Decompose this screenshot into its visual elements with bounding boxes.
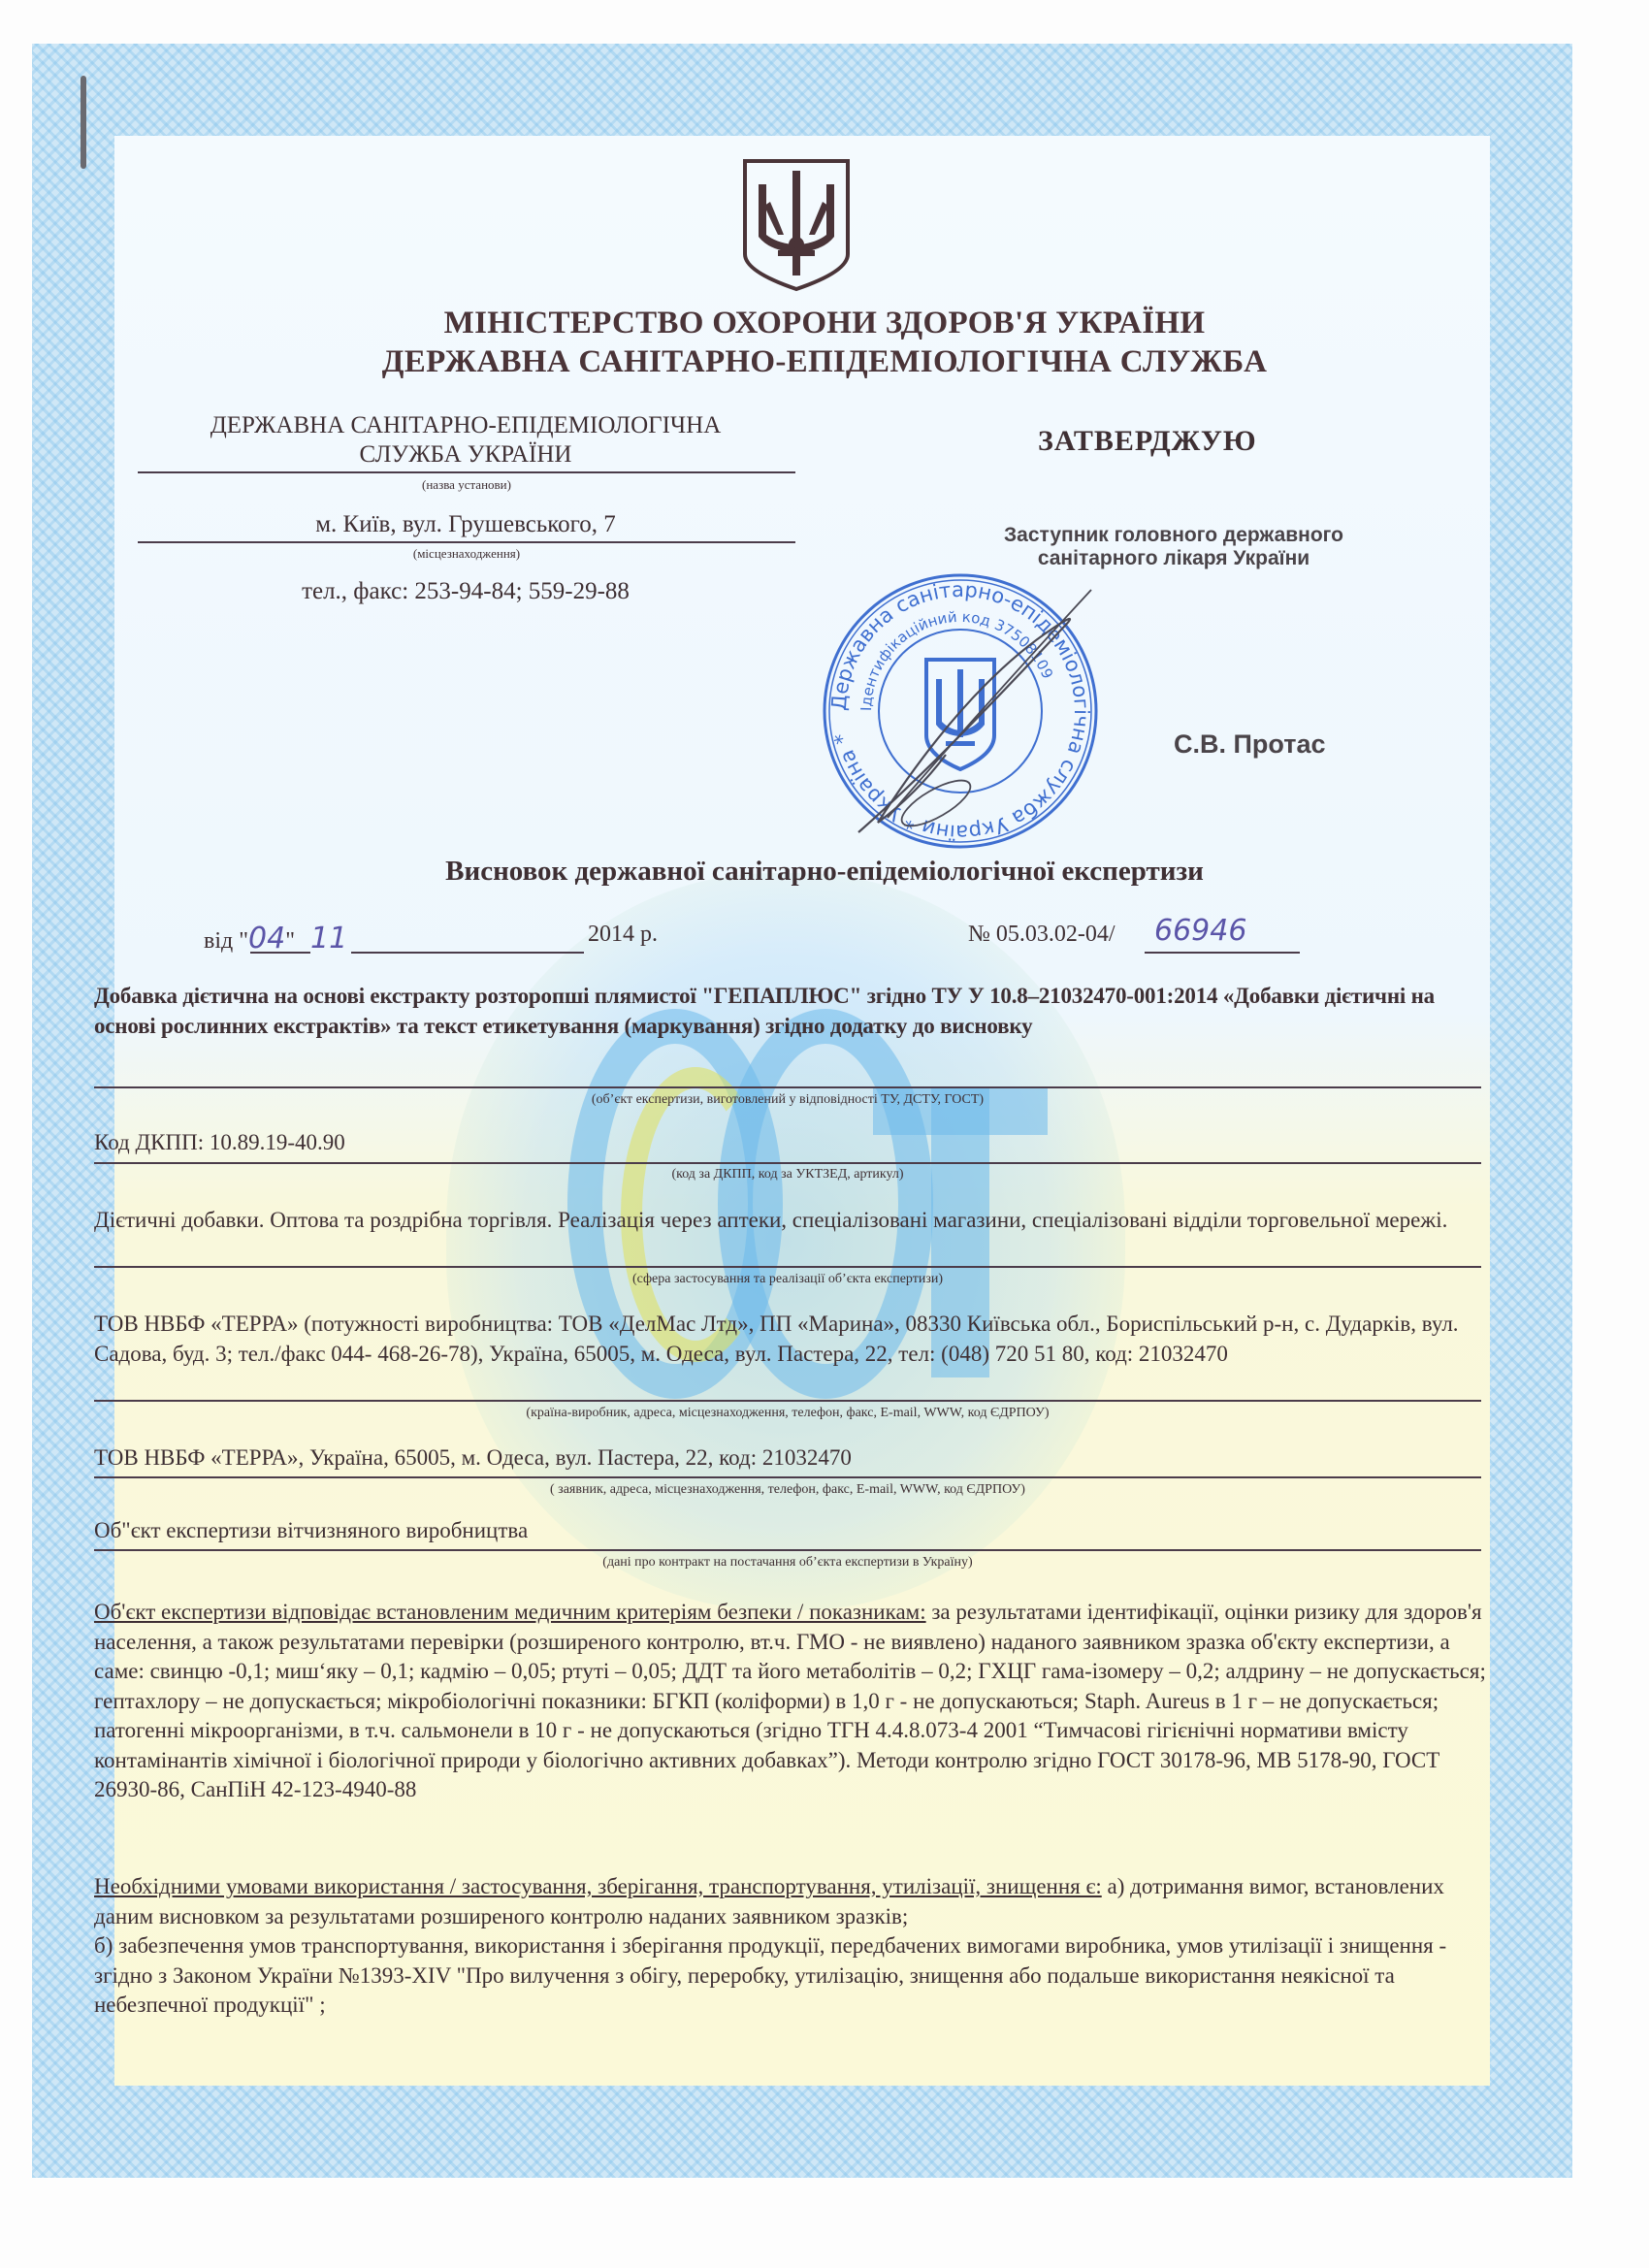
product-code: Код ДКПП: 10.89.19-40.90 <box>94 1128 1491 1158</box>
application-scope-caption: (сфера застосування та реалізації об’єкт… <box>94 1272 1481 1287</box>
date-prefix: від " <box>204 928 248 954</box>
institution-address-caption: (місцезнаходження) <box>138 546 795 562</box>
number-underline <box>1145 952 1300 954</box>
divider <box>94 1400 1481 1402</box>
divider <box>138 541 795 543</box>
approver-position: Заступник головного державного санітарно… <box>980 524 1368 570</box>
ministry-title: МІНІСТЕРСТВО ОХОРОНИ ЗДОРОВ'Я УКРАЇНИ <box>0 306 1649 341</box>
divider <box>94 1476 1481 1478</box>
official-stamp: Державна санітарно-епідеміологічна служб… <box>820 570 1101 852</box>
date-quote: " <box>285 928 295 954</box>
approver-position-line2: санітарного лікаря України <box>980 547 1368 570</box>
divider <box>138 471 795 473</box>
date-year: 2014 р. <box>588 922 658 948</box>
supply-contract: Об"єкт експертизи вітчизняного виробницт… <box>94 1516 1491 1546</box>
safety-criteria: Об'єкт експертизи відповідає встановлени… <box>94 1598 1491 1805</box>
service-title: ДЕРЖАВНА САНІТАРНО-ЕПІДЕМІОЛОГІЧНА СЛУЖБ… <box>0 344 1649 380</box>
divider <box>94 1162 1481 1164</box>
divider <box>94 1549 1481 1551</box>
safety-criteria-text: за результатами ідентифікації, оцінки ри… <box>94 1600 1486 1801</box>
date-day-underline <box>250 952 310 954</box>
application-scope: Дієтичні добавки. Оптова та роздрібна то… <box>94 1206 1452 1236</box>
approval-title: ЗАТВЕРДЖУЮ <box>1038 425 1257 458</box>
manufacturer: ТОВ НВБФ «ТЕРРА» (потужності виробництва… <box>94 1310 1481 1369</box>
usage-conditions-lead: Необхідними умовами використання / засто… <box>94 1874 1102 1898</box>
date-day: 04 <box>248 922 285 956</box>
applicant-caption: ( заявник, адреса, місцезнаходження, тел… <box>94 1482 1481 1498</box>
manufacturer-caption: (країна-виробник, адреса, місцезнаходжен… <box>94 1406 1481 1421</box>
institution-name-caption: (назва установи) <box>138 477 795 493</box>
safety-criteria-lead: Об'єкт експертизи відповідає встановлени… <box>94 1600 926 1624</box>
approver-position-line1: Заступник головного державного <box>980 524 1368 547</box>
supply-contract-caption: (дані про контракт на постачання об’єкта… <box>94 1555 1481 1571</box>
conclusion-number-prefix: № 05.03.02-04/ <box>968 922 1115 948</box>
applicant: ТОВ НВБФ «ТЕРРА», Україна, 65005, м. Оде… <box>94 1443 1491 1474</box>
institution-name-line2: СЛУЖБА УКРАЇНИ <box>145 441 786 469</box>
expertise-object-caption: (об’єкт експертизи, виготовлений у відпо… <box>94 1092 1481 1108</box>
institution-name-line1: ДЕРЖАВНА САНІТАРНО-ЕПІДЕМІОЛОГІЧНА <box>145 412 786 439</box>
institution-phone: тел., факс: 253-94-84; 559-29-88 <box>145 578 786 605</box>
date-month-underline <box>351 952 584 954</box>
institution-address: м. Київ, вул. Грушевського, 7 <box>145 511 786 538</box>
conclusion-title: Висновок державної санітарно-епідеміолог… <box>0 856 1649 888</box>
divider <box>94 1086 1481 1088</box>
conclusion-number: 66946 <box>1154 914 1246 948</box>
usage-conditions: Необхідними умовами використання / засто… <box>94 1872 1491 2021</box>
staple <box>81 76 86 169</box>
trident-coat-of-arms-icon <box>739 157 854 293</box>
date-line: від "04" 11 <box>204 922 347 956</box>
expertise-object: Добавка дієтична на основі екстракту роз… <box>94 982 1471 1041</box>
product-code-caption: (код за ДКПП, код за УКТЗЕД, артикул) <box>94 1167 1481 1183</box>
divider <box>94 1266 1481 1268</box>
date-month: 11 <box>310 922 347 956</box>
signer-name: С.В. Протас <box>1174 729 1325 760</box>
condition-b: б) забезпечення умов транспортування, ви… <box>94 1933 1446 2017</box>
